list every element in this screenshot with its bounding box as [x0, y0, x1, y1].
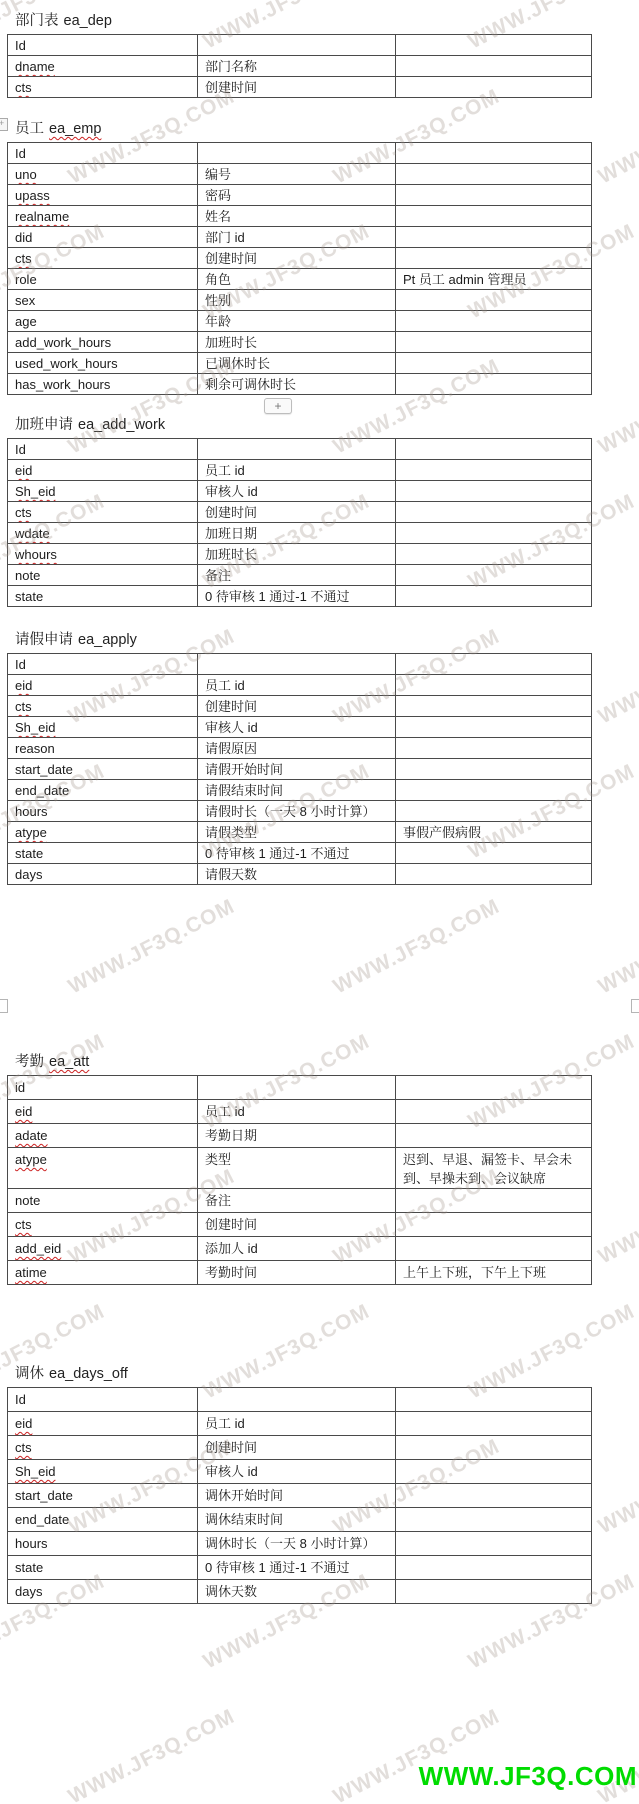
table-row: Id — [8, 654, 592, 675]
cell-text: hours — [15, 1536, 48, 1551]
note-cell[interactable] — [396, 675, 592, 696]
note-cell[interactable] — [396, 565, 592, 586]
description-cell[interactable]: 加班时长 — [198, 544, 396, 565]
note-cell[interactable] — [396, 143, 592, 164]
table-row: cts创建时间 — [8, 696, 592, 717]
description-cell[interactable]: 创建时间 — [198, 77, 396, 98]
cell-text: 创建时间 — [205, 1440, 257, 1455]
field-name-cell[interactable]: Id — [8, 1388, 198, 1412]
field-name-cell[interactable]: Id — [8, 35, 198, 56]
table-row: days调休天数 — [8, 1580, 592, 1604]
cell-text: Sh_eid — [15, 720, 55, 735]
field-name-cell[interactable]: cts — [8, 248, 198, 269]
description-cell[interactable]: 审核人 id — [198, 481, 396, 502]
description-cell[interactable]: 备注 — [198, 1189, 396, 1213]
table-row: end_date请假结束时间 — [8, 780, 592, 801]
note-cell[interactable] — [396, 502, 592, 523]
note-cell[interactable] — [396, 1076, 592, 1100]
cell-text: eid — [15, 1416, 32, 1431]
field-name-cell[interactable]: reason — [8, 738, 198, 759]
insert-row-area: + — [0, 397, 556, 413]
cell-text: 员工 id — [205, 1104, 245, 1119]
description-cell[interactable]: 创建时间 — [198, 502, 396, 523]
description-cell[interactable]: 请假天数 — [198, 864, 396, 885]
field-name-cell[interactable]: age — [8, 311, 198, 332]
schema-table-block: 员工ea_emp Iduno编号upass密码realname姓名did部门 i… — [7, 119, 556, 395]
cell-text: Id — [15, 657, 26, 672]
description-cell[interactable]: 密码 — [198, 185, 396, 206]
cell-text: 密码 — [205, 188, 231, 203]
description-cell[interactable]: 请假时长（一天 8 小时计算） — [198, 801, 396, 822]
description-cell[interactable]: 添加人 id — [198, 1237, 396, 1261]
field-name-cell[interactable]: atype — [8, 1148, 198, 1189]
cell-text: 迟到、早退、漏签卡、早会未到、早操未到、会议缺席 — [403, 1152, 572, 1186]
field-name-cell[interactable]: upass — [8, 185, 198, 206]
table-row: eid员工 id — [8, 1412, 592, 1436]
table-heading[interactable]: 加班申请ea_add_work — [15, 415, 556, 435]
description-cell[interactable]: 0 待审核 1 通过-1 不通过 — [198, 586, 396, 607]
schema-table: Ideid员工 idcts创建时间Sh_eid审核人 idreason请假原因s… — [7, 653, 592, 885]
description-cell[interactable]: 0 待审核 1 通过-1 不通过 — [198, 843, 396, 864]
description-cell[interactable]: 性别 — [198, 290, 396, 311]
document-content: 部门表ea_dep Iddname部门名称cts创建时间 员工ea_emp Id… — [0, 11, 639, 1604]
field-name-cell[interactable]: used_work_hours — [8, 353, 198, 374]
cell-text: 员工 id — [205, 463, 245, 478]
field-name-cell[interactable]: hours — [8, 801, 198, 822]
field-name-cell[interactable]: cts — [8, 1213, 198, 1237]
field-name-cell[interactable]: cts — [8, 696, 198, 717]
note-cell[interactable] — [396, 1556, 592, 1580]
note-cell[interactable] — [396, 332, 592, 353]
description-cell[interactable]: 请假原因 — [198, 738, 396, 759]
cell-text: 员工 id — [205, 678, 245, 693]
schema-table-block: 请假申请ea_apply Ideid员工 idcts创建时间Sh_eid审核人 … — [7, 630, 556, 885]
description-cell[interactable]: 员工 id — [198, 1100, 396, 1124]
note-cell[interactable] — [396, 1237, 592, 1261]
note-cell[interactable] — [396, 353, 592, 374]
table-row: cts创建时间 — [8, 502, 592, 523]
cell-text: 请假类型 — [205, 825, 257, 840]
field-name-cell[interactable]: end_date — [8, 1508, 198, 1532]
field-name-cell[interactable]: Id — [8, 439, 198, 460]
cell-text: realname — [15, 209, 69, 224]
note-cell[interactable] — [396, 864, 592, 885]
cell-text: 创建时间 — [205, 251, 257, 266]
description-cell[interactable]: 审核人 id — [198, 717, 396, 738]
cell-text: Pt 员工 admin 管理员 — [403, 272, 527, 287]
field-name-cell[interactable]: wdate — [8, 523, 198, 544]
cell-text: wdate — [15, 526, 50, 541]
cell-text: 0 待审核 1 通过-1 不通过 — [205, 589, 349, 604]
cell-text: uno — [15, 167, 37, 182]
table-row: dname部门名称 — [8, 56, 592, 77]
description-cell[interactable]: 创建时间 — [198, 1213, 396, 1237]
description-cell[interactable] — [198, 439, 396, 460]
note-cell[interactable] — [396, 654, 592, 675]
note-cell[interactable]: 上午上下班，下午上下班 — [396, 1261, 592, 1285]
field-name-cell[interactable]: Sh_eid — [8, 717, 198, 738]
table-row: age年龄 — [8, 311, 592, 332]
cell-text: state — [15, 589, 43, 604]
description-cell[interactable]: 考勤时间 — [198, 1261, 396, 1285]
description-cell[interactable]: 请假开始时间 — [198, 759, 396, 780]
cell-text: Sh_eid — [15, 484, 55, 499]
description-cell[interactable]: 调休开始时间 — [198, 1484, 396, 1508]
table-row: start_date调休开始时间 — [8, 1484, 592, 1508]
note-cell[interactable] — [396, 1100, 592, 1124]
table-row: atype类型迟到、早退、漏签卡、早会未到、早操未到、会议缺席 — [8, 1148, 592, 1189]
schema-table: Ideid员工 idSh_eid审核人 idcts创建时间wdate加班日期wh… — [7, 438, 592, 607]
table-row: atype请假类型事假产假病假 — [8, 822, 592, 843]
description-cell[interactable]: 剩余可调休时长 — [198, 374, 396, 395]
cell-text: 角色 — [205, 272, 231, 287]
cell-text: 创建时间 — [205, 505, 257, 520]
table-row: hours调休时长（一天 8 小时计算） — [8, 1532, 592, 1556]
table-row: realname姓名 — [8, 206, 592, 227]
table-title: 部门表 — [15, 13, 59, 29]
cell-text: start_date — [15, 1488, 73, 1503]
table-code: ea_add_work — [78, 417, 165, 433]
description-cell[interactable]: 调休天数 — [198, 1580, 396, 1604]
description-cell[interactable]: 创建时间 — [198, 696, 396, 717]
cell-text: 审核人 id — [205, 720, 258, 735]
table-heading[interactable]: 部门表ea_dep — [15, 11, 556, 31]
description-cell[interactable]: 年龄 — [198, 311, 396, 332]
note-cell[interactable] — [396, 374, 592, 395]
description-cell[interactable]: 调休结束时间 — [198, 1508, 396, 1532]
note-cell[interactable] — [396, 439, 592, 460]
cell-text: cts — [15, 1217, 32, 1232]
table-row: add_work_hours加班时长 — [8, 332, 592, 353]
note-cell[interactable] — [396, 1213, 592, 1237]
cell-text: used_work_hours — [15, 356, 118, 371]
field-name-cell[interactable]: Id — [8, 654, 198, 675]
schema-table: ideid员工 idadate考勤日期atype类型迟到、早退、漏签卡、早会未到… — [7, 1075, 592, 1285]
cell-text: 已调休时长 — [205, 356, 270, 371]
field-name-cell[interactable]: state — [8, 1556, 198, 1580]
table-row: eid员工 id — [8, 460, 592, 481]
field-name-cell[interactable]: Sh_eid — [8, 1460, 198, 1484]
cell-text: end_date — [15, 783, 69, 798]
schema-table: Iduno编号upass密码realname姓名did部门 idcts创建时间r… — [7, 142, 592, 395]
cell-text: 0 待审核 1 通过-1 不通过 — [205, 1560, 349, 1575]
table-row: id — [8, 1076, 592, 1100]
note-cell[interactable] — [396, 206, 592, 227]
field-name-cell[interactable]: cts — [8, 1436, 198, 1460]
field-name-cell[interactable]: note — [8, 565, 198, 586]
field-name-cell[interactable]: eid — [8, 1100, 198, 1124]
field-name-cell[interactable]: start_date — [8, 759, 198, 780]
table-row: start_date请假开始时间 — [8, 759, 592, 780]
cell-text: 部门 id — [205, 230, 245, 245]
cell-text: 部门名称 — [205, 59, 257, 74]
cell-text: add_eid — [15, 1241, 61, 1256]
field-name-cell[interactable]: uno — [8, 164, 198, 185]
table-row: end_date调休结束时间 — [8, 1508, 592, 1532]
table-code: ea_days_off — [49, 1366, 128, 1382]
description-cell[interactable] — [198, 1388, 396, 1412]
description-cell[interactable] — [198, 35, 396, 56]
insert-plus-button[interactable]: + — [264, 398, 292, 414]
cell-text: 事假产假病假 — [403, 825, 481, 840]
table-row: cts创建时间 — [8, 1436, 592, 1460]
note-cell[interactable] — [396, 1460, 592, 1484]
field-name-cell[interactable]: eid — [8, 675, 198, 696]
table-row: Id — [8, 143, 592, 164]
cell-text: Id — [15, 442, 26, 457]
note-cell[interactable] — [396, 1189, 592, 1213]
description-cell[interactable]: 员工 id — [198, 1412, 396, 1436]
field-name-cell[interactable]: days — [8, 1580, 198, 1604]
table-code: ea_dep — [64, 13, 112, 29]
cell-text: 创建时间 — [205, 1217, 257, 1232]
note-cell[interactable] — [396, 843, 592, 864]
table-row: cts创建时间 — [8, 1213, 592, 1237]
cell-text: 备注 — [205, 1193, 231, 1208]
field-name-cell[interactable]: dname — [8, 56, 198, 77]
table-heading[interactable]: 调休ea_days_off — [15, 1364, 556, 1384]
field-name-cell[interactable]: state — [8, 843, 198, 864]
description-cell[interactable] — [198, 1076, 396, 1100]
cell-text: 加班时长 — [205, 335, 257, 350]
cell-text: age — [15, 314, 37, 329]
note-cell[interactable] — [396, 1532, 592, 1556]
note-cell[interactable] — [396, 759, 592, 780]
cell-text: Id — [15, 38, 26, 53]
description-cell[interactable]: 部门名称 — [198, 56, 396, 77]
field-name-cell[interactable]: days — [8, 864, 198, 885]
cell-text: 审核人 id — [205, 484, 258, 499]
cell-text: cts — [15, 699, 32, 714]
note-cell[interactable]: Pt 员工 admin 管理员 — [396, 269, 592, 290]
note-cell[interactable]: 事假产假病假 — [396, 822, 592, 843]
cell-text: reason — [15, 741, 55, 756]
cell-text: 类型 — [205, 1152, 231, 1167]
cell-text: 调休结束时间 — [205, 1512, 283, 1527]
note-cell[interactable] — [396, 227, 592, 248]
field-name-cell[interactable]: whours — [8, 544, 198, 565]
table-row: state0 待审核 1 通过-1 不通过 — [8, 586, 592, 607]
table-row: sex性别 — [8, 290, 592, 311]
cell-text: start_date — [15, 762, 73, 777]
field-name-cell[interactable]: start_date — [8, 1484, 198, 1508]
note-cell[interactable] — [396, 248, 592, 269]
field-name-cell[interactable]: note — [8, 1189, 198, 1213]
cell-text: eid — [15, 463, 32, 478]
description-cell[interactable]: 已调休时长 — [198, 353, 396, 374]
note-cell[interactable] — [396, 801, 592, 822]
table-heading[interactable]: 请假申请ea_apply — [15, 630, 556, 650]
table-row: upass密码 — [8, 185, 592, 206]
note-cell[interactable] — [396, 77, 592, 98]
note-cell[interactable] — [396, 1388, 592, 1412]
cell-text: hours — [15, 804, 48, 819]
note-cell[interactable] — [396, 1124, 592, 1148]
field-name-cell[interactable]: atime — [8, 1261, 198, 1285]
description-cell[interactable]: 备注 — [198, 565, 396, 586]
field-name-cell[interactable]: end_date — [8, 780, 198, 801]
note-cell[interactable] — [396, 780, 592, 801]
cell-text: 性别 — [205, 293, 231, 308]
note-cell[interactable] — [396, 56, 592, 77]
cell-text: 创建时间 — [205, 699, 257, 714]
cell-text: 加班日期 — [205, 526, 257, 541]
schema-table-block: 部门表ea_dep Iddname部门名称cts创建时间 — [7, 11, 556, 98]
table-code: ea_att — [49, 1054, 89, 1070]
cell-text: whours — [15, 547, 57, 562]
note-cell[interactable] — [396, 481, 592, 502]
table-heading[interactable]: 考勤ea_att — [15, 1052, 556, 1072]
cell-text: eid — [15, 1104, 32, 1119]
table-title: 请假申请 — [15, 632, 73, 648]
table-row: uno编号 — [8, 164, 592, 185]
cell-text: 请假开始时间 — [205, 762, 283, 777]
field-name-cell[interactable]: state — [8, 586, 198, 607]
note-cell[interactable] — [396, 164, 592, 185]
schema-table: Iddname部门名称cts创建时间 — [7, 34, 592, 98]
description-cell[interactable]: 请假类型 — [198, 822, 396, 843]
description-cell[interactable]: 调休时长（一天 8 小时计算） — [198, 1532, 396, 1556]
description-cell[interactable] — [198, 654, 396, 675]
cell-text: 姓名 — [205, 209, 231, 224]
table-row: note备注 — [8, 1189, 592, 1213]
description-cell[interactable]: 审核人 id — [198, 1460, 396, 1484]
field-name-cell[interactable]: Sh_eid — [8, 481, 198, 502]
field-name-cell[interactable]: Id — [8, 143, 198, 164]
note-cell[interactable] — [396, 523, 592, 544]
cell-text: 上午上下班，下午上下班 — [403, 1265, 546, 1280]
note-cell[interactable] — [396, 586, 592, 607]
description-cell[interactable]: 0 待审核 1 通过-1 不通过 — [198, 1556, 396, 1580]
field-name-cell[interactable]: did — [8, 227, 198, 248]
note-cell[interactable]: 迟到、早退、漏签卡、早会未到、早操未到、会议缺席 — [396, 1148, 592, 1189]
cell-text: 请假天数 — [205, 867, 257, 882]
cell-text: 添加人 id — [205, 1241, 258, 1256]
field-name-cell[interactable]: atype — [8, 822, 198, 843]
field-name-cell[interactable]: add_eid — [8, 1237, 198, 1261]
schema-table-block: 调休ea_days_off Ideid员工 idcts创建时间Sh_eid审核人… — [7, 1364, 556, 1604]
table-row: Sh_eid审核人 id — [8, 1460, 592, 1484]
description-cell[interactable]: 创建时间 — [198, 1436, 396, 1460]
description-cell[interactable]: 角色 — [198, 269, 396, 290]
field-name-cell[interactable]: cts — [8, 502, 198, 523]
page-break-marker-left — [0, 999, 8, 1013]
cell-text: 考勤时间 — [205, 1265, 257, 1280]
field-name-cell[interactable]: realname — [8, 206, 198, 227]
field-name-cell[interactable]: role — [8, 269, 198, 290]
table-row: Id — [8, 1388, 592, 1412]
cell-text: 编号 — [205, 167, 231, 182]
table-row: eid员工 id — [8, 675, 592, 696]
note-cell[interactable] — [396, 311, 592, 332]
field-name-cell[interactable]: cts — [8, 77, 198, 98]
description-cell[interactable]: 加班时长 — [198, 332, 396, 353]
table-row: Sh_eid审核人 id — [8, 481, 592, 502]
note-cell[interactable] — [396, 1484, 592, 1508]
cell-text: sex — [15, 293, 35, 308]
description-cell[interactable]: 加班日期 — [198, 523, 396, 544]
field-name-cell[interactable]: eid — [8, 1412, 198, 1436]
table-row: cts创建时间 — [8, 77, 592, 98]
table-row: whours加班时长 — [8, 544, 592, 565]
cell-text: role — [15, 272, 37, 287]
cell-text: dname — [15, 59, 55, 74]
cell-text: Id — [15, 1392, 26, 1407]
schema-table: Ideid员工 idcts创建时间Sh_eid审核人 idstart_date调… — [7, 1387, 592, 1604]
cell-text: 备注 — [205, 568, 231, 583]
table-row: add_eid添加人 id — [8, 1237, 592, 1261]
table-row: adate考勤日期 — [8, 1124, 592, 1148]
note-cell[interactable] — [396, 738, 592, 759]
cell-text: cts — [15, 80, 32, 95]
field-name-cell[interactable]: eid — [8, 460, 198, 481]
cell-text: days — [15, 867, 42, 882]
description-cell[interactable]: 考勤日期 — [198, 1124, 396, 1148]
table-row: eid员工 id — [8, 1100, 592, 1124]
field-name-cell[interactable]: sex — [8, 290, 198, 311]
page-break-marker-right — [631, 999, 639, 1013]
cell-text: state — [15, 846, 43, 861]
cell-text: 0 待审核 1 通过-1 不通过 — [205, 846, 349, 861]
cell-text: eid — [15, 678, 32, 693]
cell-text: end_date — [15, 1512, 69, 1527]
table-row: state0 待审核 1 通过-1 不通过 — [8, 843, 592, 864]
note-cell[interactable] — [396, 290, 592, 311]
note-cell[interactable] — [396, 1412, 592, 1436]
field-name-cell[interactable]: adate — [8, 1124, 198, 1148]
description-cell[interactable]: 类型 — [198, 1148, 396, 1189]
note-cell[interactable] — [396, 544, 592, 565]
cell-text: 剩余可调休时长 — [205, 377, 296, 392]
description-cell[interactable]: 员工 id — [198, 460, 396, 481]
note-cell[interactable] — [396, 185, 592, 206]
note-cell[interactable] — [396, 1508, 592, 1532]
table-row: has_work_hours剩余可调休时长 — [8, 374, 592, 395]
description-cell[interactable]: 请假结束时间 — [198, 780, 396, 801]
table-title: 员工 — [15, 121, 44, 137]
note-cell[interactable] — [396, 1580, 592, 1604]
table-row: state0 待审核 1 通过-1 不通过 — [8, 1556, 592, 1580]
cell-text: atype — [15, 1152, 47, 1167]
table-code: ea_apply — [78, 632, 137, 648]
cell-text: days — [15, 1584, 42, 1599]
cell-text: atype — [15, 825, 47, 840]
cell-text: Sh_eid — [15, 1464, 55, 1479]
description-cell[interactable] — [198, 143, 396, 164]
cell-text: 创建时间 — [205, 80, 257, 95]
table-heading[interactable]: 员工ea_emp — [15, 119, 556, 139]
note-cell[interactable] — [396, 35, 592, 56]
note-cell[interactable] — [396, 460, 592, 481]
description-cell[interactable]: 姓名 — [198, 206, 396, 227]
field-name-cell[interactable]: hours — [8, 1532, 198, 1556]
description-cell[interactable]: 员工 id — [198, 675, 396, 696]
cell-text: 调休天数 — [205, 1584, 257, 1599]
description-cell[interactable]: 部门 id — [198, 227, 396, 248]
note-cell[interactable] — [396, 1436, 592, 1460]
description-cell[interactable]: 创建时间 — [198, 248, 396, 269]
description-cell[interactable]: 编号 — [198, 164, 396, 185]
schema-table-block: 加班申请ea_add_work Ideid员工 idSh_eid审核人 idct… — [7, 415, 556, 607]
field-name-cell[interactable]: id — [8, 1076, 198, 1100]
note-cell[interactable] — [396, 717, 592, 738]
note-cell[interactable] — [396, 696, 592, 717]
schema-table-block: 考勤ea_att ideid员工 idadate考勤日期atype类型迟到、早退… — [7, 1052, 556, 1285]
field-name-cell[interactable]: has_work_hours — [8, 374, 198, 395]
field-name-cell[interactable]: add_work_hours — [8, 332, 198, 353]
cell-text: upass — [15, 188, 50, 203]
cell-text: note — [15, 1193, 40, 1208]
